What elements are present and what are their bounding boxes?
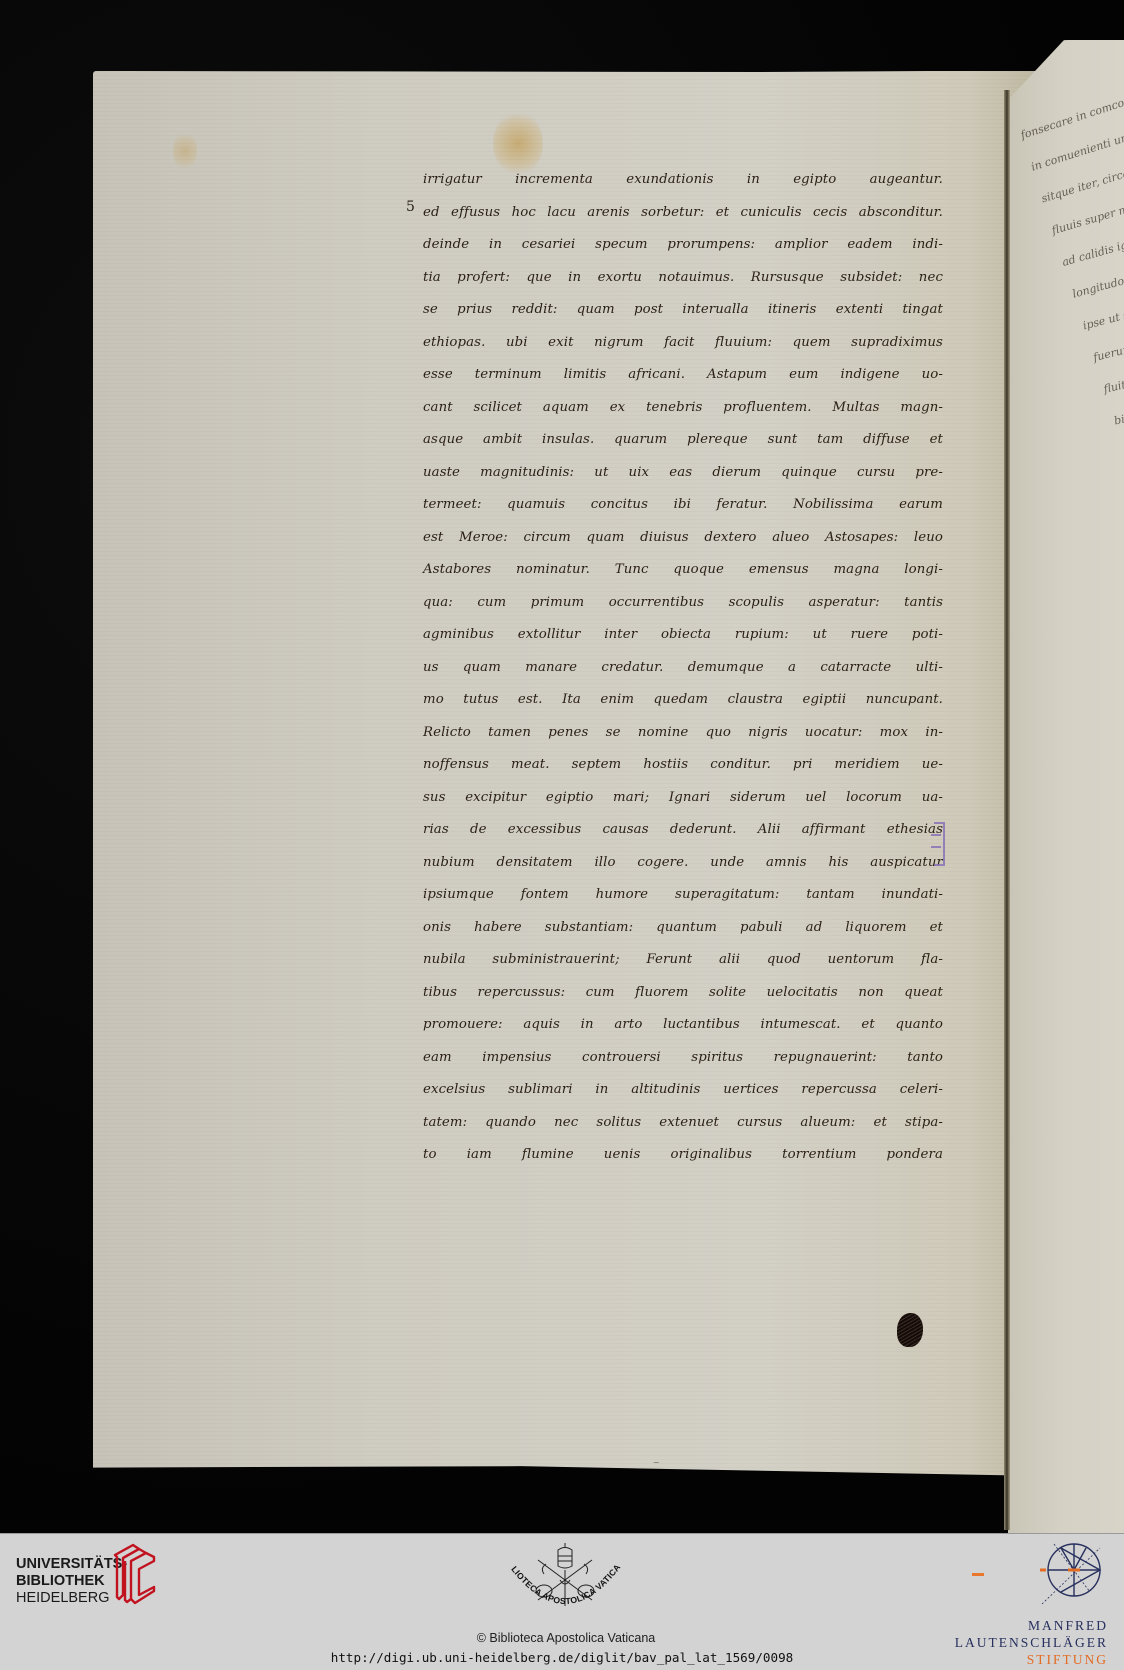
manuscript-line: Relicto tamen penes se nomine quo nigris… <box>423 717 943 750</box>
vatican-library-crest-icon[interactable]: BIBLIOTECA APOSTOLICA VATICANA <box>498 1540 632 1624</box>
manuscript-line: onis habere substantiam: quantum pabuli … <box>423 912 943 945</box>
manuscript-line: rias de excessibus causas dederunt. Alii… <box>423 814 943 847</box>
manuscript-line: mo tutus est. Ita enim quedam claustra e… <box>423 684 943 717</box>
line-number-marker: 5 <box>406 199 415 215</box>
ub-heidelberg-wordmark[interactable]: UNIVERSITÄTS- BIBLIOTHEK HEIDELBERG <box>16 1556 127 1607</box>
vatican-copyright: © Biblioteca Apostolica Vaticana <box>471 1631 661 1645</box>
folio-scribble: ~ <box>653 1458 660 1467</box>
manuscript-line: ipsiumque fontem humore superagitatum: t… <box>423 879 943 912</box>
ub-heidelberg-logo-icon[interactable] <box>113 1543 158 1605</box>
manuscript-line: eam impensius controuersi spiritus repug… <box>423 1042 943 1075</box>
ub-wordmark-line2: BIBLIOTHEK <box>16 1573 127 1590</box>
manuscript-line: tibus repercussus: cum fluorem solite ue… <box>423 977 943 1010</box>
marginal-bracket-mark <box>934 822 945 866</box>
lautenschlaeger-compass-logo-icon[interactable] <box>1040 1542 1105 1606</box>
manuscript-line: noffensus meat. septem hostiis conditur.… <box>423 749 943 782</box>
manuscript-line: excelsius sublimari in altitudinis uerti… <box>423 1074 943 1107</box>
foxing-stain <box>173 131 197 171</box>
manuscript-line: esse terminum limitis africani. Astapum … <box>423 359 943 392</box>
manuscript-line: sus excipitur egiptio mari; Ignari sider… <box>423 782 943 815</box>
manuscript-line: asque ambit insulas. quarum plereque sun… <box>423 424 943 457</box>
manuscript-line: ed effusus hoc lacu arenis sorbetur: et … <box>423 197 943 230</box>
manuscript-line: irrigatur incrementa exundationis in egi… <box>423 164 943 197</box>
manuscript-line: tia profert: que in exortu notauimus. Ru… <box>423 262 943 295</box>
manuscript-line: est Meroe: circum quam diuisus dextero a… <box>423 522 943 555</box>
sponsor-wordmark-line1: MANFRED <box>955 1617 1108 1634</box>
manuscript-line: nubium densitatem illo cogere. unde amni… <box>423 847 943 880</box>
sponsor-accent-dash <box>972 1573 984 1576</box>
manuscript-line: se prius reddit: quam post interualla it… <box>423 294 943 327</box>
binding-gutter <box>1004 90 1010 1530</box>
manuscript-line: to iam flumine uenis originalibus torren… <box>423 1139 943 1172</box>
lautenschlaeger-wordmark[interactable]: MANFRED LAUTENSCHLÄGER STIFTUNG <box>955 1617 1108 1668</box>
manuscript-line: deinde in cesariei specum prorumpens: am… <box>423 229 943 262</box>
sponsor-wordmark-line3: STIFTUNG <box>955 1651 1108 1668</box>
manuscript-line: termeet: quamuis concitus ibi feratur. N… <box>423 489 943 522</box>
ub-wordmark-line3: HEIDELBERG <box>16 1590 127 1607</box>
ub-wordmark-line1: UNIVERSITÄTS- <box>16 1556 127 1573</box>
manuscript-line: nubila subministrauerint; Ferunt alii qu… <box>423 944 943 977</box>
manuscript-text-block: irrigatur incrementa exundationis in egi… <box>423 164 943 1172</box>
manuscript-line: uaste magnitudinis: ut uix eas dierum qu… <box>423 457 943 490</box>
sponsor-wordmark-line2: LAUTENSCHLÄGER <box>955 1634 1108 1651</box>
manuscript-line: ethiopas. ubi exit nigrum facit fluuium:… <box>423 327 943 360</box>
manuscript-line: agminibus extollitur inter obiecta rupiu… <box>423 619 943 652</box>
manuscript-line: Astabores nominatur. Tunc quoque emensus… <box>423 554 943 587</box>
manuscript-line: tatem: quando nec solitus extenuet cursu… <box>423 1107 943 1140</box>
manuscript-scan: fonsecare in comcorrentiin comuenienti u… <box>0 0 1124 1533</box>
svg-text:BIBLIOTECA APOSTOLICA VATICANA: BIBLIOTECA APOSTOLICA VATICANA <box>498 1540 622 1606</box>
vatican-arc-text: BIBLIOTECA APOSTOLICA VATICANA <box>498 1540 622 1606</box>
ink-blot <box>897 1313 923 1347</box>
manuscript-line: cant scilicet aquam ex tenebris profluen… <box>423 392 943 425</box>
manuscript-line: us quam manare credatur. demumque a cata… <box>423 652 943 685</box>
manuscript-line: promouere: aquis in arto luctantibus int… <box>423 1009 943 1042</box>
manuscript-line: qua: cum primum occurrentibus scopulis a… <box>423 587 943 620</box>
